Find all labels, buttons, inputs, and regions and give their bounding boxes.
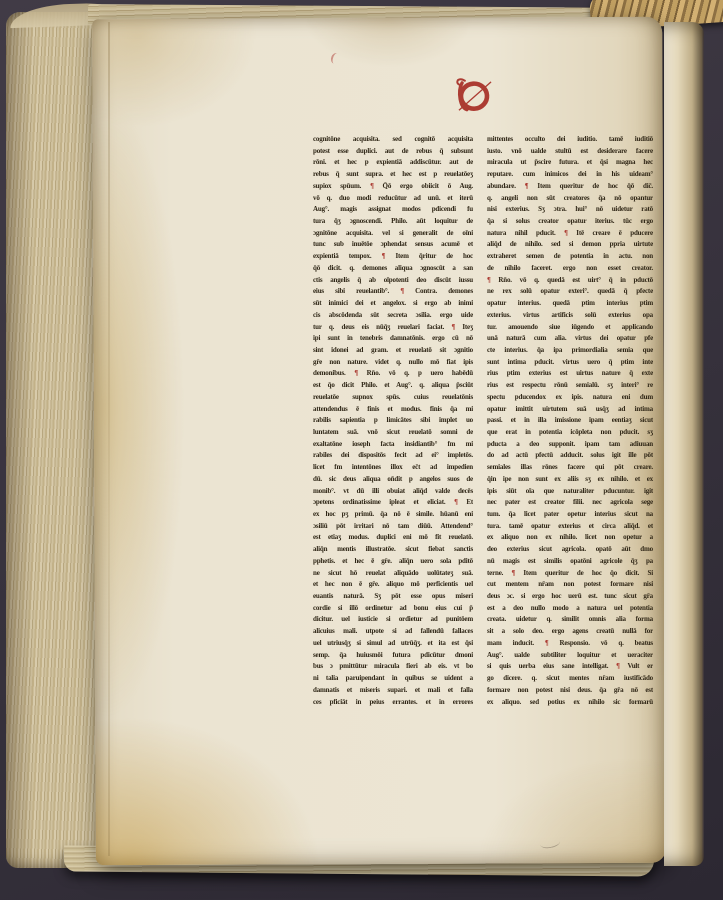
- text-segment: tum. q̄a licet pater opetur interius sic…: [487, 510, 653, 518]
- text-segment: Rn̄o. vō q. p uero habēdū: [358, 369, 473, 377]
- text-segment: ni talia paruipendant in quibus se uiden…: [313, 674, 473, 682]
- text-line: aliq̄d de nihilo. sed si demon ppria uir…: [487, 239, 653, 251]
- text-line: exterius. virtus artificis solū exterius…: [487, 310, 653, 322]
- text-segment: ɔgnitōne acquisita. vel si generalit de …: [313, 229, 473, 237]
- text-line: supiox spūum. ¶ Q̄ō ergo obiicit ō Aug.: [313, 181, 473, 193]
- text-segment: Iteʒ: [455, 323, 473, 331]
- text-line: cte interius. q̄a ipa primordialia semia…: [487, 345, 653, 357]
- text-segment: rōni. et hec p expientiā addiscūtur. aut…: [313, 158, 473, 166]
- text-segment: ctis angelis q̄ ab oīpotenti deo discūt …: [313, 276, 473, 284]
- text-column-left: cognitōne acquisita. sed cognitō acquisi…: [313, 134, 473, 708]
- page-stack-left: [6, 12, 100, 868]
- text-segment: nū magis est similis opatōni agricole q̄…: [487, 557, 653, 565]
- text-segment: cognitōne acquisita. sed cognitō acquisi…: [313, 135, 473, 143]
- text-line: nec pater est creator filii. nec agricol…: [487, 497, 653, 509]
- text-line: ɔsiliū pōt irritari nō tam diūū. Attende…: [313, 521, 473, 533]
- text-line: bus ɔ pmittūtur miracula fieri ab eis. v…: [313, 661, 473, 673]
- text-line: rius est respectu rōnū semialū. sʒ inter…: [487, 380, 653, 392]
- text-segment: sint idonei ad gram. et reuelatō sit ɔgn…: [313, 346, 473, 354]
- text-segment: sūt inimici dei et angelox. si ergo ab i…: [313, 299, 473, 307]
- text-segment: cis abscōdenda sūt secreta ɔsilia. ergo …: [313, 311, 473, 319]
- text-segment: nec pater est creator filii. nec agricol…: [487, 498, 653, 506]
- text-line: est q̄o dicit Philo. et Aug°. q. aliqua …: [313, 380, 473, 392]
- text-segment: q̄ō dicit. q. demones aliqua ɔgnoscūt a …: [313, 264, 473, 272]
- text-line: reputare. cum inimicos dei in his uideam…: [487, 169, 653, 181]
- text-segment: ɔsiliū pōt irritari nō tam diūū. Attende…: [313, 522, 473, 530]
- text-line: sint idonei ad gram. et reuelatō sit ɔgn…: [313, 345, 473, 357]
- text-segment: Item queritur de hoc q̄ō dic̄.: [528, 182, 653, 190]
- text-line: uel utriusq̄ʒ si simul ad utrūq̄ʒ. et it…: [313, 638, 473, 650]
- text-segment: eius sibi reuelantib°.: [313, 287, 400, 295]
- text-segment: pphetis. et hec ē gr̄e. aliq̄n uero sola…: [313, 557, 473, 565]
- text-line: cut mentem nr̄am non potest formare nisi: [487, 579, 653, 591]
- text-line: go dicere. q. sicut mentes nr̄am iustifi…: [487, 673, 653, 685]
- text-segment: exaltatōne ioseph facta insidiantib° fm …: [313, 440, 473, 448]
- text-line: ɔgnitōne acquisita. vel si generalit de …: [313, 228, 473, 240]
- text-segment: formare non potest nisi deus. q̄a gr̄a n…: [487, 686, 653, 694]
- text-line: que erat in potentia icōpleta non pducit…: [487, 427, 653, 439]
- text-segment: terne.: [487, 569, 512, 577]
- text-line: ne rex solū opatur exteri°. quedā q̄ pfe…: [487, 286, 653, 298]
- book-photo: cognitōne acquisita. sed cognitō acquisi…: [0, 0, 723, 900]
- text-segment: ex aliquo. sed potius ex nihilo sic form…: [487, 698, 653, 706]
- text-line: q̄in ipe non sunt ex aliis sʒ ex nihilo.…: [487, 474, 653, 486]
- text-line: semp. q̄a huiusmōi futura pdicūtur dmoni: [313, 650, 473, 662]
- text-line: cognitōne acquisita. sed cognitō acquisi…: [313, 134, 473, 146]
- text-segment: de nihilo faceret. ergo non esset creato…: [487, 264, 653, 272]
- text-segment: exterius. virtus artificis solū exterius…: [487, 311, 653, 319]
- text-line: mam inducit. ¶ Responsio. vō q. beatus: [487, 638, 653, 650]
- text-line: attendendus ē finis et modus. finis q̄a …: [313, 404, 473, 416]
- text-line: deus ɔc. si ergo hoc uerū est. tunc sicu…: [487, 591, 653, 603]
- text-segment: cte interius. q̄a ipa primordialia semia…: [487, 346, 653, 354]
- text-line: demonibus. ¶ Rn̄o. vō q. p uero habēdū: [313, 368, 473, 380]
- text-line: tura. tamē opatur exterius et circa aliq…: [487, 521, 653, 533]
- text-line: q̄ō dicit. q. demones aliqua ɔgnoscūt a …: [313, 263, 473, 275]
- text-line: luntatem suā. vnō sicut reuelatō somni d…: [313, 427, 473, 439]
- text-line: natura nihil pducit. ¶ Itē creare ē pduc…: [487, 228, 653, 240]
- text-segment: rabilis sapientia p limicātes sibi imple…: [313, 416, 473, 424]
- text-segment: si quis uerba eius sane intelligat.: [487, 662, 616, 670]
- page-fore-edge-right: [664, 22, 704, 866]
- text-segment: et hec non ē gr̄e. aliquo mō perficienti…: [313, 580, 473, 588]
- text-line: rabilis sapientia p limicātes sibi imple…: [313, 415, 473, 427]
- text-segment: mittentes occulto dei iuditio. tamē iudi…: [487, 135, 653, 143]
- text-segment: Item queritur de hoc q̄o dicit. Si: [515, 569, 653, 577]
- rubric-letter-d: [454, 75, 499, 118]
- text-segment: deo exterius sicut agricola. opatō aūt d…: [487, 545, 653, 553]
- text-line: tur. amouendo siue iūgendo et applicando: [487, 322, 653, 334]
- text-segment: ex hoc pʒ primū. q̄a nō ē simile. hūanū …: [313, 510, 473, 518]
- text-column-right: mittentes occulto dei iuditio. tamē iudi…: [487, 134, 653, 708]
- text-line: ne sicut hō reuelat aliquādo uolūtateʒ s…: [313, 568, 473, 580]
- text-segment: Q̄ō ergo obiicit ō Aug.: [374, 182, 473, 190]
- text-segment: opatur imittit uirtutem suā usq̄ʒ ad int…: [487, 405, 653, 413]
- text-segment: ipis siūt oīa que naturaliter pducuntur.…: [487, 487, 653, 495]
- text-line: semiales illas rōnes facere qui pōt crea…: [487, 462, 653, 474]
- text-line: sit a solo deo. ergo agens creatū nullā …: [487, 626, 653, 638]
- text-segment: unā naturā cum alia. virtus dei opatur p…: [487, 334, 653, 342]
- text-segment: que erat in potentia icōpleta non pducit…: [487, 428, 653, 436]
- text-line: ex aliquo. sed potius ex nihilo sic form…: [487, 697, 653, 709]
- text-segment: semiales illas rōnes facere qui pōt crea…: [487, 463, 653, 471]
- text-segment: Itē creare ē pducere: [568, 229, 653, 237]
- text-segment: Et: [458, 498, 473, 506]
- text-segment: rebus q̄ sunt supra. et hec est p reuela…: [313, 170, 473, 178]
- text-segment: potest esse duplici. aut de rebus q̄ sub…: [313, 147, 473, 155]
- text-line: formare non potest nisi deus. q̄a gr̄a n…: [487, 685, 653, 697]
- text-segment: semp. q̄a huiusmōi futura pdicūtur dmoni: [313, 651, 473, 659]
- text-segment: q. angeli non sūt creatores q̄a nō opant…: [487, 194, 653, 202]
- text-line: opatur interius. quedā ptim interius pti…: [487, 298, 653, 310]
- text-line: ni talia paruipendant in quibus se uiden…: [313, 673, 473, 685]
- text-line: ipi sunt in tenebris damnatōnis. ergo cū…: [313, 333, 473, 345]
- text-segment: Contra. demones: [404, 287, 473, 295]
- text-segment: reputare. cum inimicos dei in his uideam…: [487, 170, 653, 178]
- text-segment: mam inducit.: [487, 639, 545, 647]
- text-segment: reuelatōe supnox spūs. cuius reuelatōnis: [313, 393, 473, 401]
- text-segment: sit a solo deo. ergo agens creatū nullā …: [487, 627, 653, 635]
- text-segment: luntatem suā. vnō sicut reuelatō somni d…: [313, 428, 473, 436]
- text-line: do ad actū pfectū adducit. solus igit il…: [487, 450, 653, 462]
- text-line: spectu pducendox ex ipis. natura eni dum: [487, 392, 653, 404]
- text-segment: tunc sub inuētōe ɔphendat sensus acumē e…: [313, 240, 473, 248]
- text-line: ces pficiāt in peius errantes. et in err…: [313, 697, 473, 709]
- text-line: abundare. ¶ Item queritur de hoc q̄ō dic…: [487, 181, 653, 193]
- text-segment: ɔpetens ordinatissime ipleat et eliciat.: [313, 498, 454, 506]
- text-segment: vō q. duo modi reducūtur ad unū. et iter…: [313, 194, 473, 202]
- text-line: Aug°. ualde subtiliter loquitur et uerac…: [487, 650, 653, 662]
- text-segment: rius ptim exterius est uirtus nature q̄ …: [487, 369, 653, 377]
- text-line: iusto. vnō ualde stultū est desiderare f…: [487, 146, 653, 158]
- text-line: q. angeli non sūt creatores q̄a nō opant…: [487, 193, 653, 205]
- text-segment: est a deo nullo modo a natura uel potent…: [487, 604, 653, 612]
- text-segment: dicitur. uel iusticie si ordietur ad pun…: [313, 615, 473, 623]
- text-segment: euantis naturā. Sʒ pōt esse opus miseri: [313, 592, 473, 600]
- text-segment: ne rex solū opatur exteri°. quedā q̄ pfe…: [487, 287, 653, 295]
- text-segment: extraheret semen de potentia in actu. no…: [487, 252, 653, 260]
- text-segment: passi. et in illa imissione ipam eentiaʒ…: [487, 416, 653, 424]
- text-line: sūt inimici dei et angelox. si ergo ab i…: [313, 298, 473, 310]
- text-line: unā naturā cum alia. virtus dei opatur p…: [487, 333, 653, 345]
- text-segment: Item q̄ritur de hoc: [385, 252, 473, 260]
- text-segment: tur q. deus eis nūq̄ʒ reuelari faciat.: [313, 323, 451, 331]
- text-segment: supiox spūum.: [313, 182, 370, 190]
- text-line: et hec non ē gr̄e. aliquo mō perficienti…: [313, 579, 473, 591]
- text-line: tura q̄ʒ ɔgnoscendi. Philo. aūt loquitur…: [313, 216, 473, 228]
- text-line: tunc sub inuētōe ɔphendat sensus acumē e…: [313, 239, 473, 251]
- text-line: mittentes occulto dei iuditio. tamē iudi…: [487, 134, 653, 146]
- text-line: deo exterius sicut agricola. opatō aūt d…: [487, 544, 653, 556]
- text-segment: spectu pducendox ex ipis. natura eni dum: [487, 393, 653, 401]
- text-segment: cordie si illō ordinetur ad bonu eius cu…: [313, 604, 473, 612]
- text-segment: aliq̄n mentis illustratōe. sicut fiebat …: [313, 545, 473, 553]
- text-line: gr̄e non nature. videt q. nullo mō fiat …: [313, 357, 473, 369]
- text-line: euantis naturā. Sʒ pōt esse opus miseri: [313, 591, 473, 603]
- gutter-crease: [108, 22, 110, 856]
- text-line: alicuius mali. utpote si ad fallendū fal…: [313, 626, 473, 638]
- text-segment: demonibus.: [313, 369, 354, 377]
- text-segment: Vult er: [620, 662, 653, 670]
- text-line: tur q. deus eis nūq̄ʒ reuelari faciat. ¶…: [313, 322, 473, 334]
- text-line: nisi exterius. Sʒ ɔtra. hui° nō uidetur …: [487, 204, 653, 216]
- text-line: est etiaʒ modus. duplici eni mō fit reue…: [313, 532, 473, 544]
- text-segment: est q̄o dicit Philo. et Aug°. q. aliqua …: [313, 381, 473, 389]
- text-segment: expientiā tempox.: [313, 252, 382, 260]
- text-line: ctis angelis q̄ ab oīpotenti deo discūt …: [313, 275, 473, 287]
- text-segment: iusto. vnō ualde stultū est desiderare f…: [487, 147, 653, 155]
- text-line: aliq̄n mentis illustratōe. sicut fiebat …: [313, 544, 473, 556]
- text-line: Aug°. magis assignat modos pdicendi fu: [313, 204, 473, 216]
- text-segment: cut mentem nr̄am non potest formare nisi: [487, 580, 653, 588]
- text-segment: alicuius mali. utpote si ad fallendū fal…: [313, 627, 473, 635]
- text-segment: go dicere. q. sicut mentes nr̄am iustifi…: [487, 674, 653, 682]
- text-segment: bus ɔ pmittūtur miracula fieri ab eis. v…: [313, 662, 473, 670]
- text-line: ¶ Rn̄o. vō q. quedā est uirt° q̄ in pduc…: [487, 275, 653, 287]
- text-segment: rabiles dei dispositōs fecit ad ei° impl…: [313, 451, 473, 459]
- text-line: ɔpetens ordinatissime ipleat et eliciat.…: [313, 497, 473, 509]
- text-segment: ipi sunt in tenebris damnatōnis. ergo cū…: [313, 334, 473, 342]
- text-segment: licet fm intentōnes illox ec̄t ad impedi…: [313, 463, 473, 471]
- text-line: terne. ¶ Item queritur de hoc q̄o dicit.…: [487, 568, 653, 580]
- text-line: extraheret semen de potentia in actu. no…: [487, 251, 653, 263]
- text-line: vō q. duo modi reducūtur ad unū. et iter…: [313, 193, 473, 205]
- text-segment: tura. tamē opatur exterius et circa aliq…: [487, 522, 653, 530]
- text-segment: damnatis et miseris supari. et mali et f…: [313, 686, 473, 694]
- text-line: de nihilo faceret. ergo non esset creato…: [487, 263, 653, 275]
- text-line: ex aliquo non ex nihilo. licet non opetu…: [487, 532, 653, 544]
- text-line: rebus q̄ sunt supra. et hec est p reuela…: [313, 169, 473, 181]
- text-segment: nisi exterius. Sʒ ɔtra. hui° nō uidetur …: [487, 205, 653, 213]
- text-line: expientiā tempox. ¶ Item q̄ritur de hoc: [313, 251, 473, 263]
- text-segment: est etiaʒ modus. duplici eni mō fit reue…: [313, 533, 473, 541]
- text-line: cordie si illō ordinetur ad bonu eius cu…: [313, 603, 473, 615]
- text-line: si quis uerba eius sane intelligat. ¶ Vu…: [487, 661, 653, 673]
- text-line: monib°. vt dū illi obuiat aliq̄d valde d…: [313, 486, 473, 498]
- text-segment: deus ɔc. si ergo hoc uerū est. tunc sicu…: [487, 592, 653, 600]
- rubric-letter-d-glyph: [454, 75, 499, 118]
- text-line: dicitur. uel iusticie si ordietur ad pun…: [313, 614, 473, 626]
- text-segment: q̄a si solus creator opatur iterius. tūc…: [487, 217, 653, 225]
- text-segment: sunt intima pducit. virtus uero q̄ ptim …: [487, 358, 653, 366]
- text-line: sunt intima pducit. virtus uero q̄ ptim …: [487, 357, 653, 369]
- text-segment: Aug°. ualde subtiliter loquitur et uerac…: [487, 651, 653, 659]
- text-segment: pducta a deo supponit. ipam tam adiuuan: [487, 440, 653, 448]
- text-segment: creata. uidetur q. similit omnis alia fo…: [487, 615, 653, 623]
- text-segment: tur. amouendo siue iūgendo et applicando: [487, 323, 653, 331]
- text-segment: Responsio. vō q. beatus: [549, 639, 653, 647]
- text-segment: Aug°. magis assignat modos pdicendi fu: [313, 205, 473, 213]
- text-segment: gr̄e non nature. videt q. nullo mō fiat …: [313, 358, 473, 366]
- text-segment: dū. sic deus aliqua on̄dit p angelos suo…: [313, 475, 473, 483]
- text-line: ipis siūt oīa que naturaliter pducuntur.…: [487, 486, 653, 498]
- text-segment: monib°. vt dū illi obuiat aliq̄d valde d…: [313, 487, 473, 495]
- text-segment: miracula ut p̄scire futura. et q̄si magn…: [487, 158, 653, 166]
- text-line: dū. sic deus aliqua on̄dit p angelos suo…: [313, 474, 473, 486]
- text-segment: natura nihil pducit.: [487, 229, 564, 237]
- text-line: potest esse duplici. aut de rebus q̄ sub…: [313, 146, 473, 158]
- text-segment: attendendus ē finis et modus. finis q̄a …: [313, 405, 473, 413]
- text-segment: q̄in ipe non sunt ex aliis sʒ ex nihilo.…: [487, 475, 653, 483]
- text-segment: aliq̄d de nihilo. sed si demon ppria uir…: [487, 240, 653, 248]
- text-line: rius ptim exterius est uirtus nature q̄ …: [487, 368, 653, 380]
- text-line: passi. et in illa imissione ipam eentiaʒ…: [487, 415, 653, 427]
- text-line: tum. q̄a licet pater opetur interius sic…: [487, 509, 653, 521]
- text-segment: do ad actū pfectū adducit. solus igit il…: [487, 451, 653, 459]
- text-line: eius sibi reuelantib°. ¶ Contra. demones: [313, 286, 473, 298]
- text-segment: ex aliquo non ex nihilo. licet non opetu…: [487, 533, 653, 541]
- text-line: ex hoc pʒ primū. q̄a nō ē simile. hūanū …: [313, 509, 473, 521]
- text-segment: rius est respectu rōnū semialū. sʒ inter…: [487, 381, 653, 389]
- text-line: creata. uidetur q. similit omnis alia fo…: [487, 614, 653, 626]
- text-line: pphetis. et hec ē gr̄e. aliq̄n uero sola…: [313, 556, 473, 568]
- text-line: rabiles dei dispositōs fecit ad ei° impl…: [313, 450, 473, 462]
- text-line: rōni. et hec p expientiā addiscūtur. aut…: [313, 157, 473, 169]
- text-line: exaltatōne ioseph facta insidiantib° fm …: [313, 439, 473, 451]
- text-line: q̄a si solus creator opatur iterius. tūc…: [487, 216, 653, 228]
- text-line: opatur imittit uirtutem suā usq̄ʒ ad int…: [487, 404, 653, 416]
- text-line: miracula ut p̄scire futura. et q̄si magn…: [487, 157, 653, 169]
- text-line: damnatis et miseris supari. et mali et f…: [313, 685, 473, 697]
- text-line: pducta a deo supponit. ipam tam adiuuan: [487, 439, 653, 451]
- text-line: cis abscōdenda sūt secreta ɔsilia. ergo …: [313, 310, 473, 322]
- text-segment: uel utriusq̄ʒ si simul ad utrūq̄ʒ. et it…: [313, 639, 473, 647]
- text-segment: tura q̄ʒ ɔgnoscendi. Philo. aūt loquitur…: [313, 217, 473, 225]
- text-line: reuelatōe supnox spūs. cuius reuelatōnis: [313, 392, 473, 404]
- text-segment: ces pficiāt in peius errantes. et in err…: [313, 698, 473, 706]
- text-segment: Rn̄o. vō q. quedā est uirt° q̄ in pductō: [491, 276, 653, 284]
- text-line: nū magis est similis opatōni agricole q̄…: [487, 556, 653, 568]
- text-line: est a deo nullo modo a natura uel potent…: [487, 603, 653, 615]
- text-segment: opatur interius. quedā ptim interius pti…: [487, 299, 653, 307]
- text-segment: abundare.: [487, 182, 525, 190]
- text-line: licet fm intentōnes illox ec̄t ad impedi…: [313, 462, 473, 474]
- text-segment: ne sicut hō reuelat aliquādo uolūtateʒ s…: [313, 569, 473, 577]
